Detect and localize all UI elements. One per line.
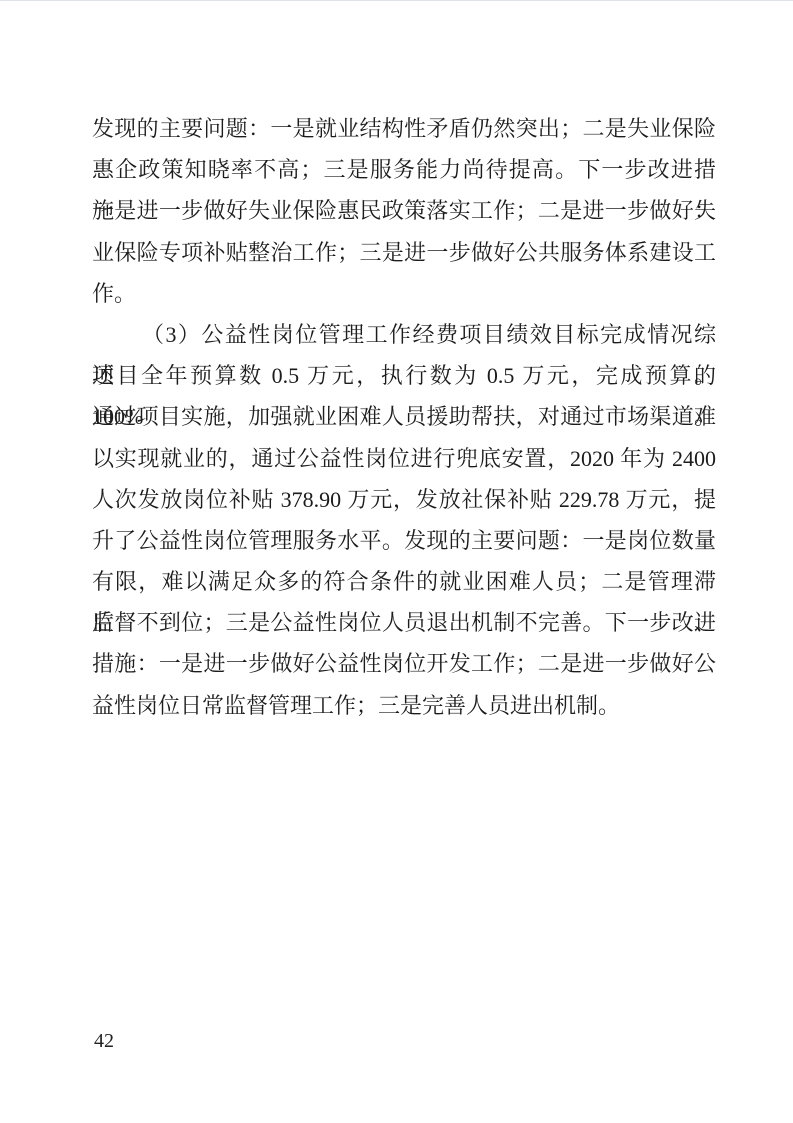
- text-line: 有限，难以满足众多的符合条件的就业困难人员；二是管理滞后、: [92, 561, 716, 602]
- document-page: 发现的主要问题：一是就业结构性矛盾仍然突出；二是失业保险 惠企政策知晓率不高；三…: [0, 0, 793, 1123]
- page-number: 42: [94, 1029, 114, 1053]
- text-line: 作。: [92, 273, 716, 314]
- text-line: 升了公益性岗位管理服务水平。发现的主要问题：一是岗位数量: [92, 520, 716, 561]
- text-line: 通过项目实施，加强就业困难人员援助帮扶，对通过市场渠道难: [92, 396, 716, 437]
- text-line: 业保险专项补贴整治工作；三是进一步做好公共服务体系建设工: [92, 232, 716, 273]
- text-line: 措施：一是进一步做好公益性岗位开发工作；二是进一步做好公: [92, 643, 716, 684]
- text-line: 以实现就业的，通过公益性岗位进行兜底安置，2020 年为 2400: [92, 438, 716, 479]
- text-line: 发现的主要问题：一是就业结构性矛盾仍然突出；二是失业保险: [92, 108, 716, 149]
- paragraph-unemployment-insurance: 发现的主要问题：一是就业结构性矛盾仍然突出；二是失业保险 惠企政策知晓率不高；三…: [92, 108, 716, 314]
- paragraph-public-welfare-posts: （3）公益性岗位管理工作经费项目绩效目标完成情况综述。 项目全年预算数 0.5 …: [92, 314, 716, 726]
- text-line: 监督不到位；三是公益性岗位人员退出机制不完善。下一步改进: [92, 602, 716, 643]
- text-line: （3）公益性岗位管理工作经费项目绩效目标完成情况综述。: [92, 314, 716, 355]
- page-body-text: 发现的主要问题：一是就业结构性矛盾仍然突出；二是失业保险 惠企政策知晓率不高；三…: [92, 108, 716, 726]
- text-line: 项目全年预算数 0.5 万元，执行数为 0.5 万元，完成预算的 100%。: [92, 355, 716, 396]
- text-line: 惠企政策知晓率不高；三是服务能力尚待提高。下一步改进措施：: [92, 149, 716, 190]
- text-line: 一是进一步做好失业保险惠民政策落实工作；二是进一步做好失: [92, 190, 716, 231]
- text-line: 人次发放岗位补贴 378.90 万元，发放社保补贴 229.78 万元，提: [92, 479, 716, 520]
- text-line: 益性岗位日常监督管理工作；三是完善人员进出机制。: [92, 685, 716, 726]
